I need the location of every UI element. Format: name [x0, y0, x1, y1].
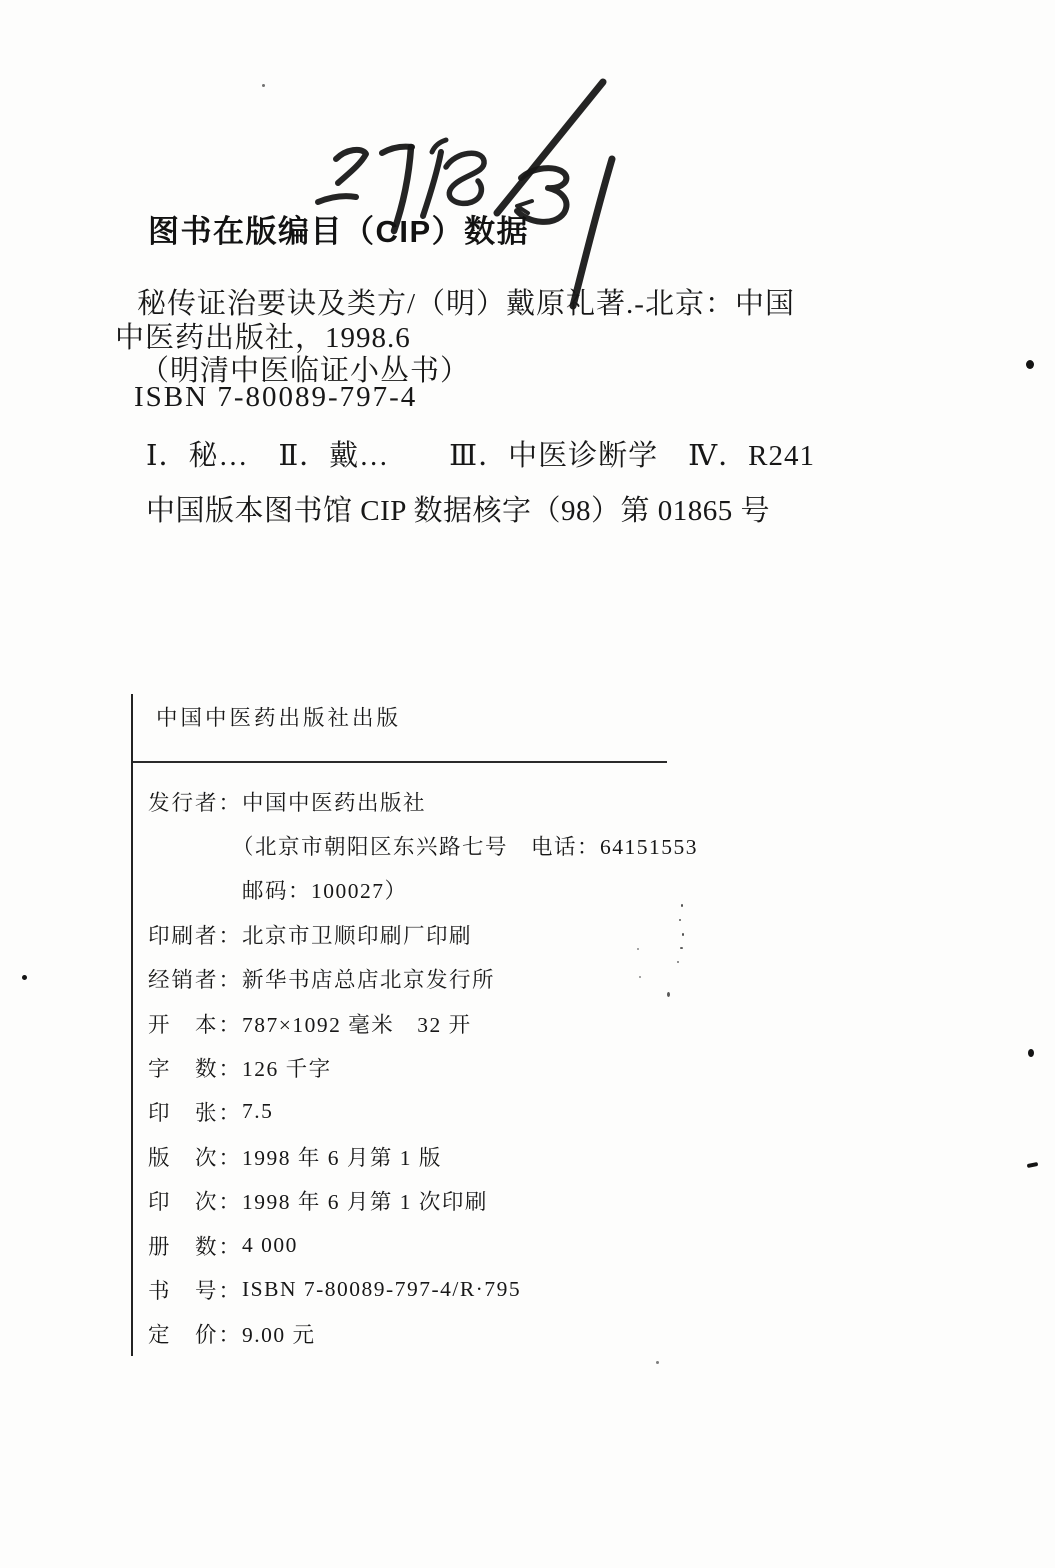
row-label: 发行者： [148, 786, 242, 817]
scan-speck [1028, 1049, 1034, 1057]
colophon-row-edition: 版 次：1998 年 6 月第 1 版 [148, 1134, 698, 1178]
cip-heading: 图书在版编目（CIP）数据 [148, 206, 529, 251]
scan-speck [639, 976, 641, 978]
scan-speck [262, 84, 265, 87]
row-value: 中国中医药出版社 [242, 786, 426, 817]
row-label: 开 本： [148, 1008, 242, 1039]
colophon-row-printing: 印 次：1998 年 6 月第 1 次印刷 [148, 1179, 698, 1223]
colophon-row-wordcount: 字 数：126 千字 [148, 1045, 698, 1089]
scan-speck [1027, 1162, 1039, 1168]
row-label: 印刷者： [148, 919, 242, 950]
colophon-row-seller: 经销者：新华书店总店北京发行所 [148, 957, 698, 1001]
colophon-row-booknumber: 书 号：ISBN 7-80089-797-4/R·795 [148, 1267, 698, 1311]
colophon-row-printer: 印刷者：北京市卫顺印刷厂印刷 [148, 912, 698, 956]
row-label: 册 数： [148, 1230, 242, 1261]
colophon-row-copies: 册 数：4 000 [148, 1223, 698, 1267]
cip-record-number-line: 中国版本图书馆 CIP 数据核字（98）第 01865 号 [146, 488, 770, 529]
scan-speck [667, 992, 670, 997]
row-value: 9.00 元 [242, 1318, 316, 1349]
scan-speck [22, 975, 27, 980]
row-label: 印 次： [148, 1185, 242, 1216]
colophon-publisher-line: 中国中医药出版社出版 [156, 701, 401, 732]
colophon-row-distributor: 发行者：中国中医药出版社 [148, 779, 698, 823]
scan-speck [681, 904, 683, 907]
row-value: 新华书店总店北京发行所 [242, 963, 495, 994]
scan-speck [656, 1361, 659, 1364]
row-label: 书 号： [148, 1274, 242, 1305]
scan-speck [679, 919, 681, 921]
cip-isbn-line: ISBN 7-80089-797-4 [134, 381, 417, 414]
scan-speck [1026, 360, 1034, 369]
row-value: 1998 年 6 月第 1 版 [242, 1141, 442, 1172]
colophon-row-sheets: 印 张：7.5 [148, 1090, 698, 1134]
row-value: ISBN 7-80089-797-4/R·795 [242, 1277, 521, 1302]
scanned-cip-page: 图书在版编目（CIP）数据 秘传证治要诀及类方/（明）戴原礼著.-北京：中国 中… [0, 0, 1055, 1568]
row-label: 定 价： [148, 1318, 242, 1349]
row-label: 经销者： [148, 963, 242, 994]
scan-speck [682, 933, 684, 936]
row-value: 787×1092 毫米 32 开 [242, 1008, 472, 1039]
row-label: 印 张： [148, 1096, 242, 1127]
scan-speck [680, 947, 683, 949]
colophon-rows: 发行者：中国中医药出版社 （北京市朝阳区东兴路七号 电话：64151553 邮码… [148, 779, 698, 1356]
colophon-row-price: 定 价：9.00 元 [148, 1312, 698, 1356]
row-value: 1998 年 6 月第 1 次印刷 [242, 1185, 488, 1216]
row-label: 版 次： [148, 1141, 242, 1172]
colophon-left-rule [131, 694, 133, 1356]
row-label: 字 数： [148, 1052, 242, 1083]
colophon-row-address: （北京市朝阳区东兴路七号 电话：64151553 [148, 823, 698, 867]
row-value: （北京市朝阳区东兴路七号 电话：64151553 [232, 830, 698, 861]
row-value: 4 000 [242, 1233, 298, 1258]
row-value: 126 千字 [242, 1052, 332, 1083]
colophon-row-postcode: 邮码：100027） [148, 868, 698, 912]
scan-speck [677, 961, 679, 963]
colophon-row-format: 开 本：787×1092 毫米 32 开 [148, 1001, 698, 1045]
cip-classification-line: Ⅰ．秘… Ⅱ．戴… Ⅲ．中医诊断学 Ⅳ．R241 [146, 433, 815, 474]
scan-speck [637, 948, 639, 950]
row-value: 7.5 [242, 1099, 273, 1124]
colophon-divider-rule [133, 761, 667, 763]
row-value: 邮码：100027） [242, 874, 408, 905]
row-value: 北京市卫顺印刷厂印刷 [242, 919, 472, 950]
